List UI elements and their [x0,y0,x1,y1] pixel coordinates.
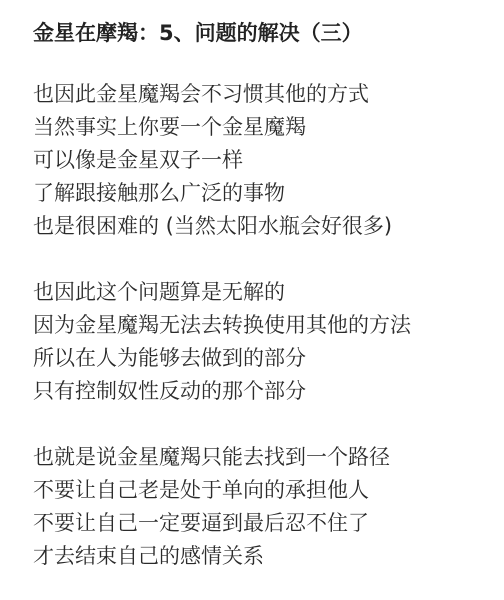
text-line: 不要让自己老是处于单向的承担他人 [33,474,494,507]
paragraph-3: 也就是说金星魔羯只能去找到一个路径 不要让自己老是处于单向的承担他人 不要让自己… [33,441,494,573]
paragraph-1: 也因此金星魔羯会不习惯其他的方式 当然事实上你要一个金星魔羯 可以像是金星双子一… [33,78,494,243]
text-line: 也因此这个问题算是无解的 [33,276,494,309]
document-title: 金星在摩羯：5、问题的解决（三） [33,18,494,48]
text-line: 也是很困难的 (当然太阳水瓶会好很多) [33,210,494,243]
text-line: 只有控制奴性反动的那个部分 [33,375,494,408]
document: 金星在摩羯：5、问题的解决（三） 也因此金星魔羯会不习惯其他的方式 当然事实上你… [33,18,494,600]
text-line: 也因此金星魔羯会不习惯其他的方式 [33,78,494,111]
text-line: 不要让自己一定要逼到最后忍不住了 [33,507,494,540]
text-line: 也就是说金星魔羯只能去找到一个路径 [33,441,494,474]
paragraph-2: 也因此这个问题算是无解的 因为金星魔羯无法去转换使用其他的方法 所以在人为能够去… [33,276,494,408]
text-line: 可以像是金星双子一样 [33,144,494,177]
text-line: 因为金星魔羯无法去转换使用其他的方法 [33,309,494,342]
text-line: 才去结束自己的感情关系 [33,540,494,573]
text-line: 当然事实上你要一个金星魔羯 [33,111,494,144]
text-line: 了解跟接触那么广泛的事物 [33,177,494,210]
text-line: 所以在人为能够去做到的部分 [33,342,494,375]
